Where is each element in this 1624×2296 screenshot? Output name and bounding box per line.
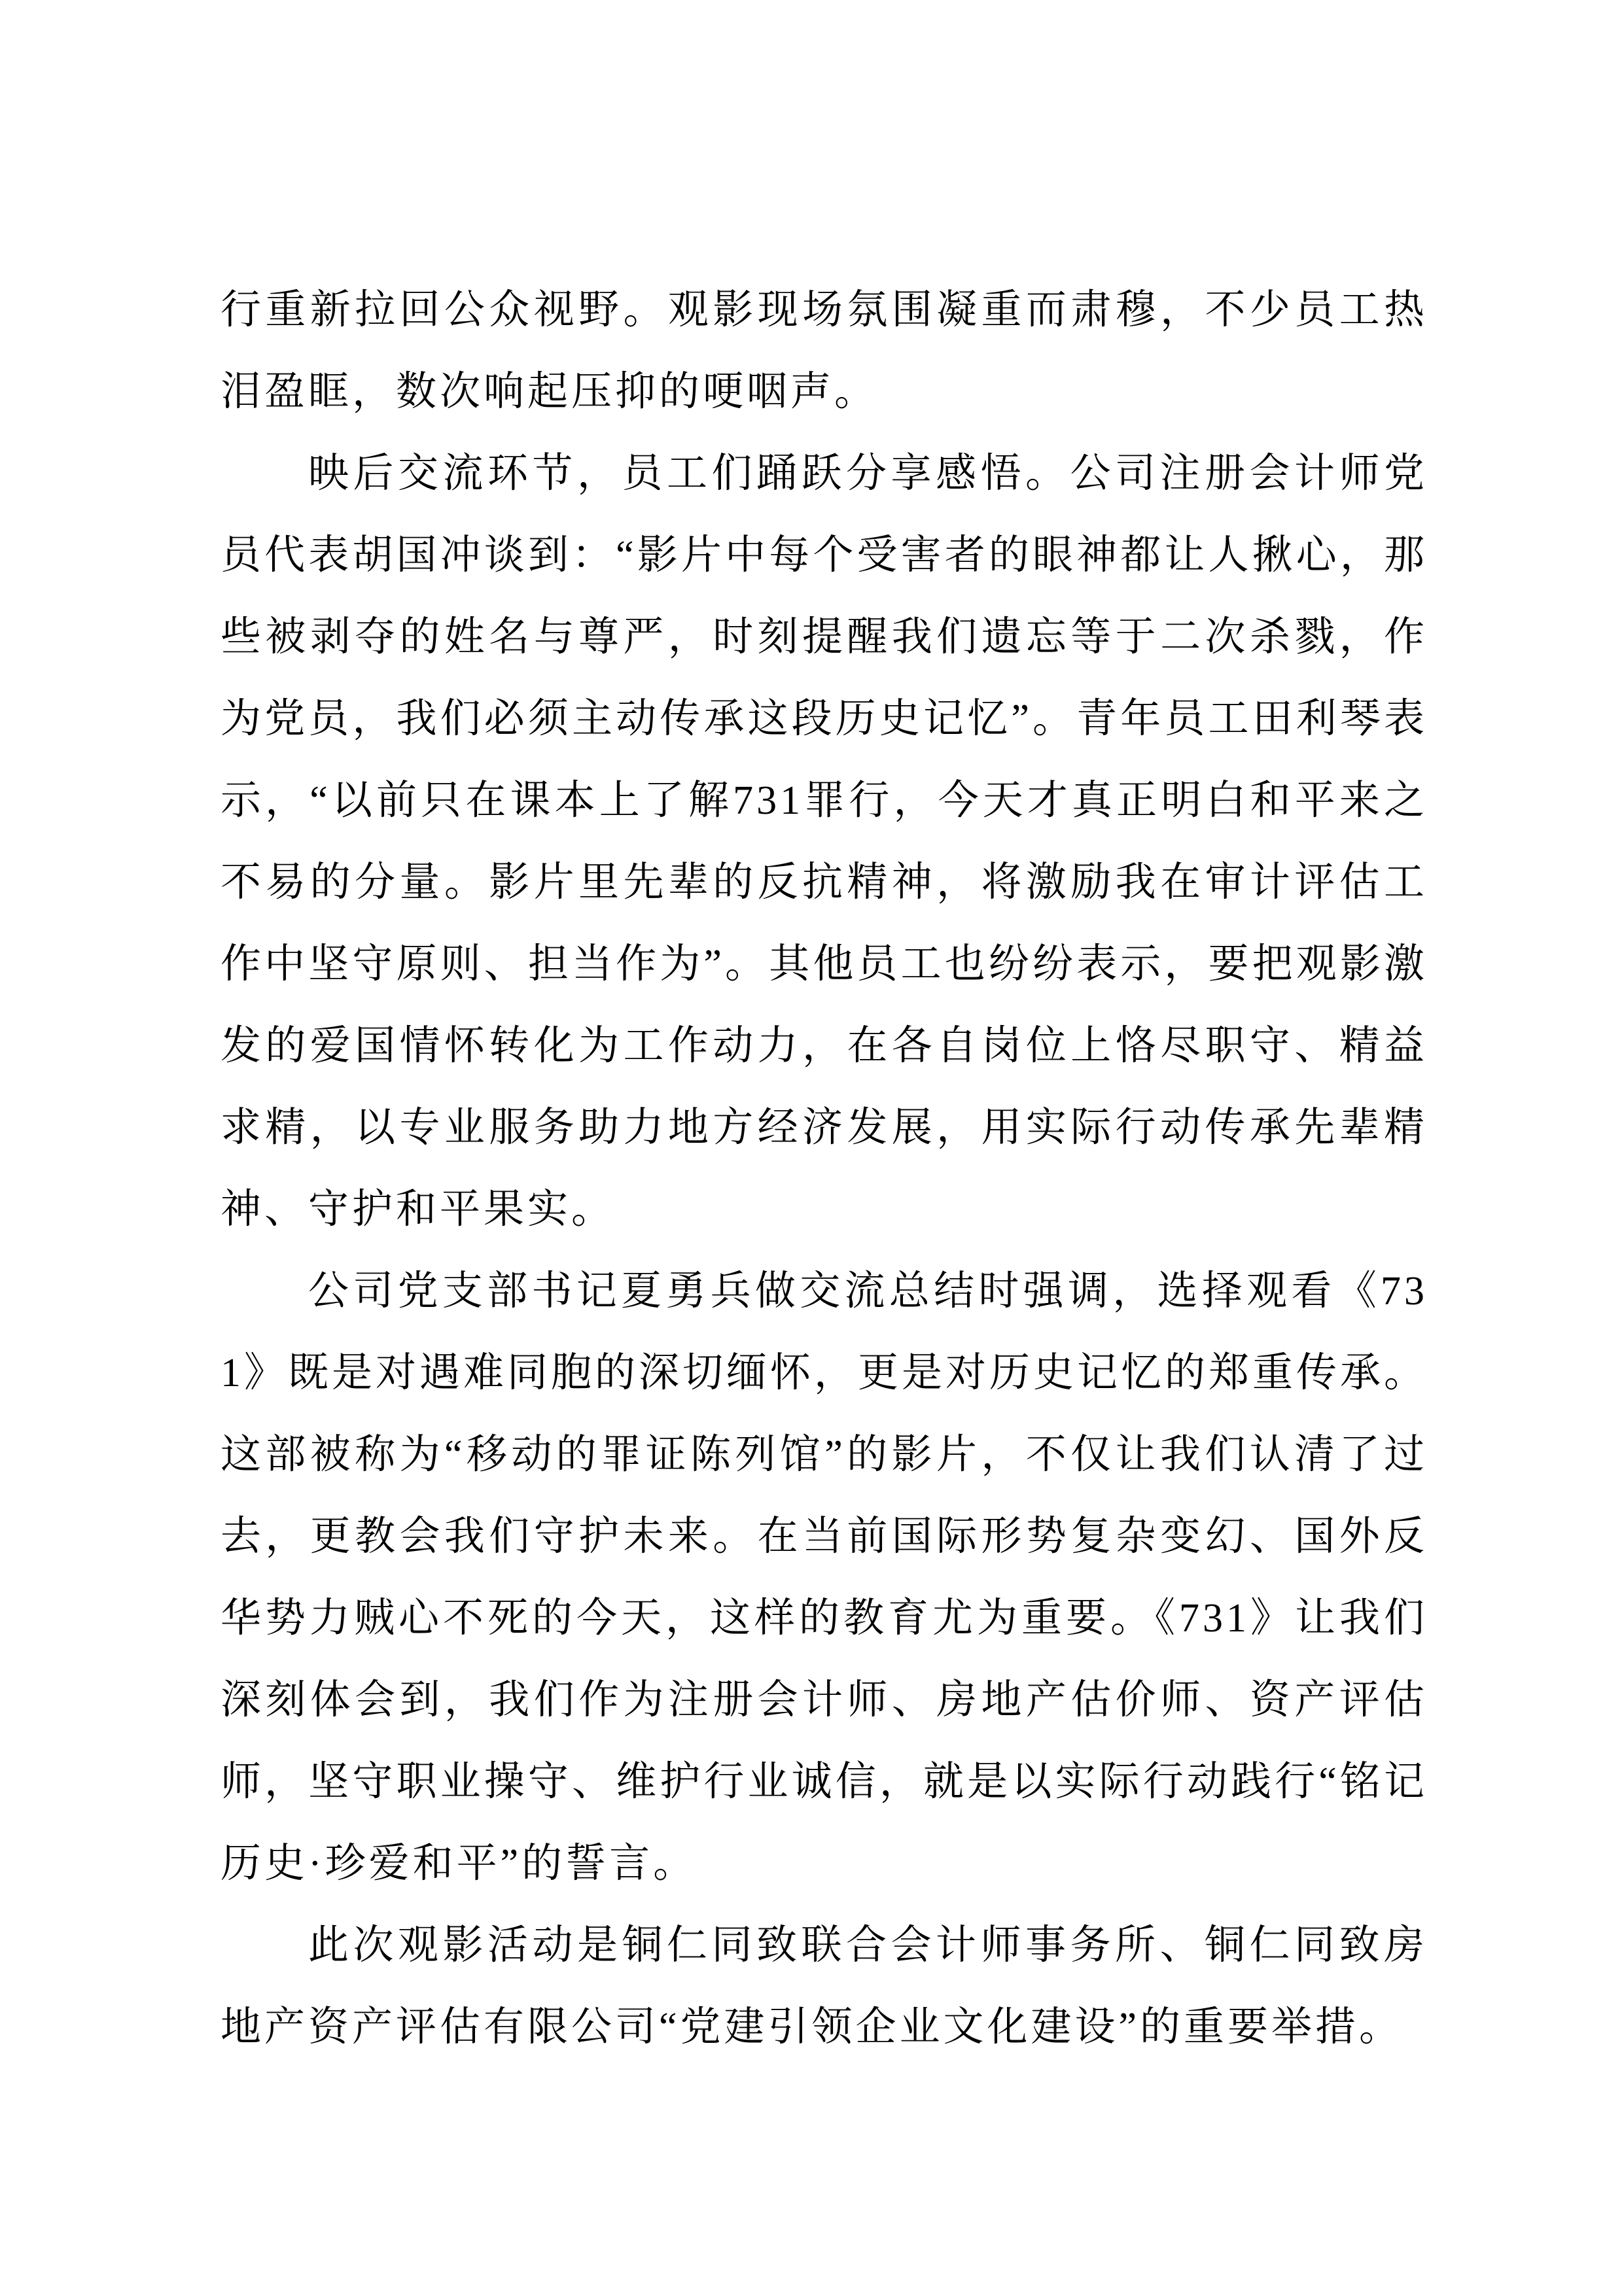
body-paragraph-4: 此次观影活动是铜仁同致联合会计师事务所、铜仁同致房地产资产评估有限公司“党建引领… [221, 1905, 1428, 2068]
document-page: 行重新拉回公众视野。观影现场氛围凝重而肃穆，不少员工热泪盈眶，数次响起压抑的哽咽… [0, 0, 1624, 2296]
body-paragraph-3: 公司党支部书记夏勇兵做交流总结时强调，选择观看《731》既是对遇难同胞的深切缅怀… [221, 1251, 1428, 1905]
document-body: 行重新拉回公众视野。观影现场氛围凝重而肃穆，不少员工热泪盈眶，数次响起压抑的哽咽… [221, 270, 1428, 2068]
body-paragraph-2: 映后交流环节，员工们踊跃分享感悟。公司注册会计师党员代表胡国冲谈到：“影片中每个… [221, 433, 1428, 1251]
body-paragraph-1: 行重新拉回公众视野。观影现场氛围凝重而肃穆，不少员工热泪盈眶，数次响起压抑的哽咽… [221, 270, 1428, 433]
